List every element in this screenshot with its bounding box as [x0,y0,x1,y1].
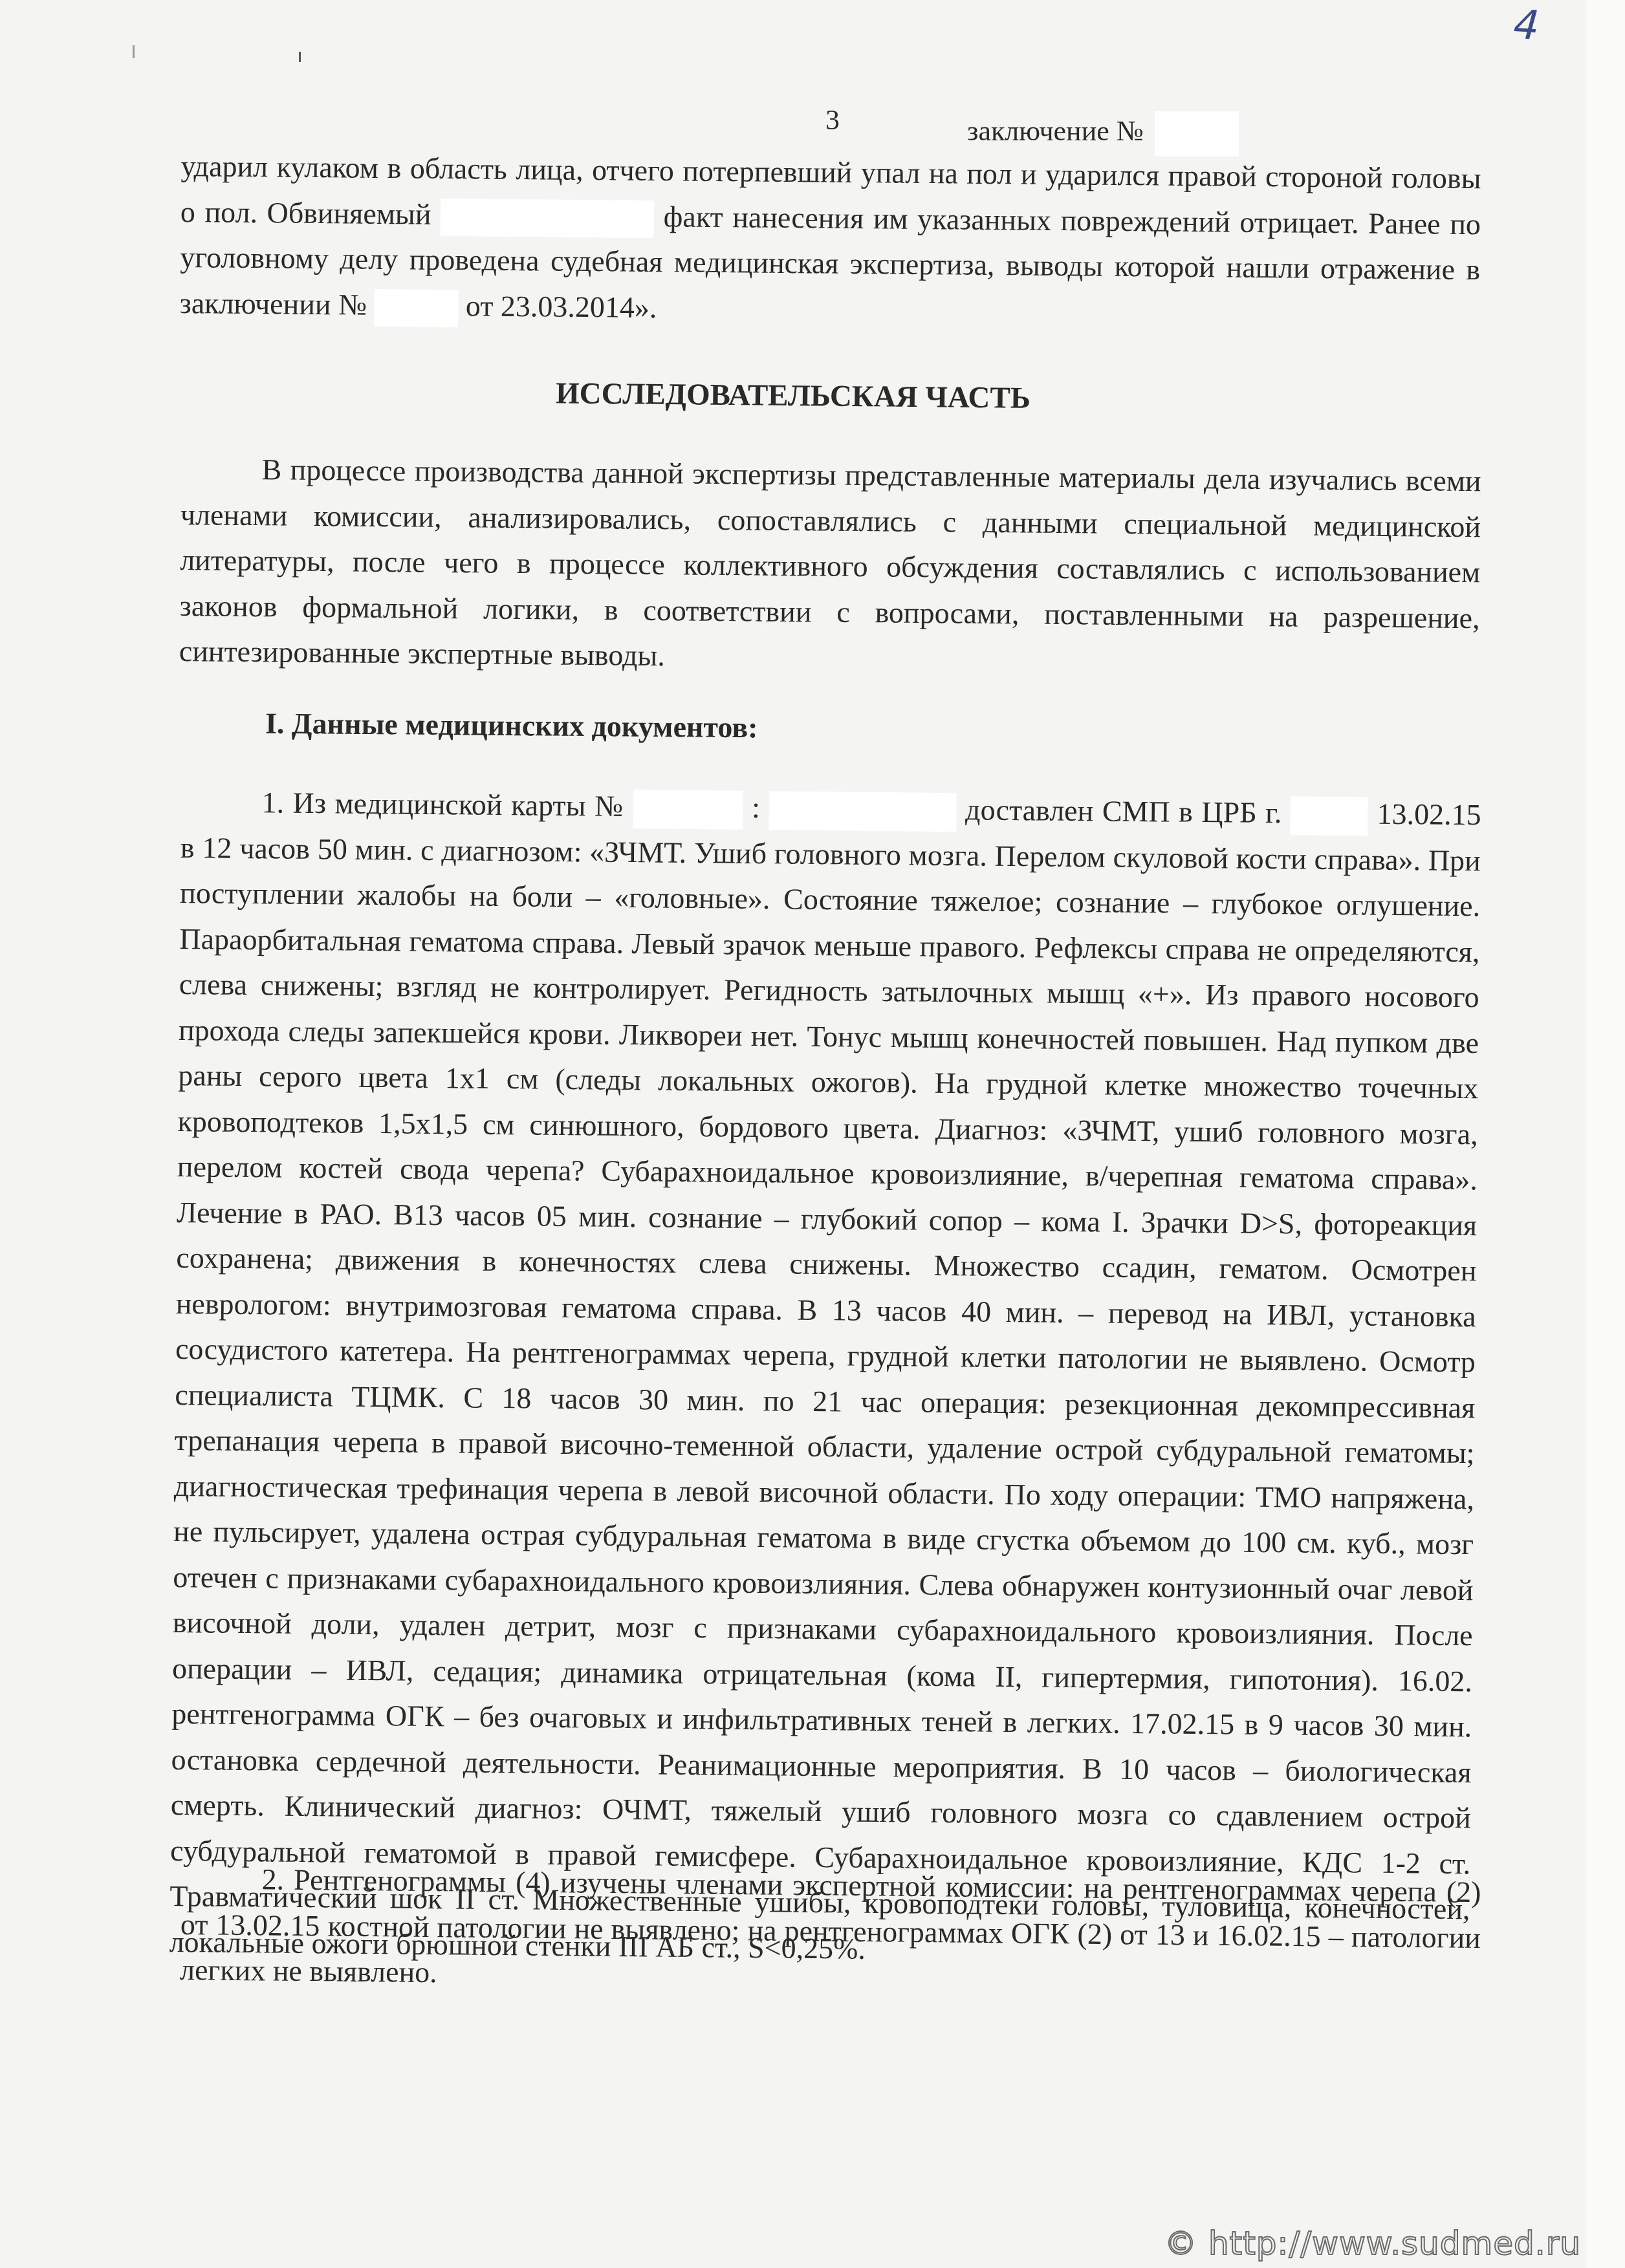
item1-lead: 1. Из медицинской карты № [261,786,624,823]
item1-body: 13.02.15 в 12 часов 50 мин. с диагнозом:… [169,797,1481,1965]
redacted-prior-conclusion-number [374,289,459,327]
redacted-conclusion-number [1155,111,1239,157]
item2-text: 2. Рентгенограммы (4) изучены членами эк… [180,1863,1481,1989]
intro-text: В процессе производства данной экспертиз… [179,453,1481,672]
handwritten-page-mark: 4 [1512,1,1541,50]
redacted-patient-name [769,792,957,832]
item1-colon: : [752,791,760,824]
page-header: 3 заключение № [0,103,1586,149]
site-watermark: © http://www.sudmed.ru [1164,2225,1581,2262]
scanned-page: 4 3 заключение № ударил кулаком в област… [0,0,1586,2268]
section-title: ИССЛЕДОВАТЕЛЬСКАЯ ЧАСТЬ [0,370,1586,422]
conclusion-label-text: заключение № [967,115,1144,147]
continuation-text-3: от 23.03.2014». [466,289,657,324]
redacted-card-number [633,790,743,830]
item1-delivered: доставлен СМП в ЦРБ г. [965,793,1282,829]
redacted-defendant-name [441,199,655,238]
page-number: 3 [825,103,840,136]
scan-edge-strip [1586,0,1625,2268]
scan-speck [299,52,301,62]
medical-record-item-1: 1. Из медицинской карты № : доставлен СМ… [169,779,1481,1978]
redacted-city [1291,797,1369,836]
radiograph-item-2: 2. Рентгенограммы (4) изучены членами эк… [180,1856,1481,2007]
scan-speck [133,45,135,58]
subsection-title: I. Данные медицинских документов: [265,706,758,745]
intro-paragraph: В процессе производства данной экспертиз… [179,446,1481,687]
conclusion-number-label: заключение № [967,111,1239,157]
continuation-paragraph: ударил кулаком в область лица, отчего по… [179,144,1481,338]
